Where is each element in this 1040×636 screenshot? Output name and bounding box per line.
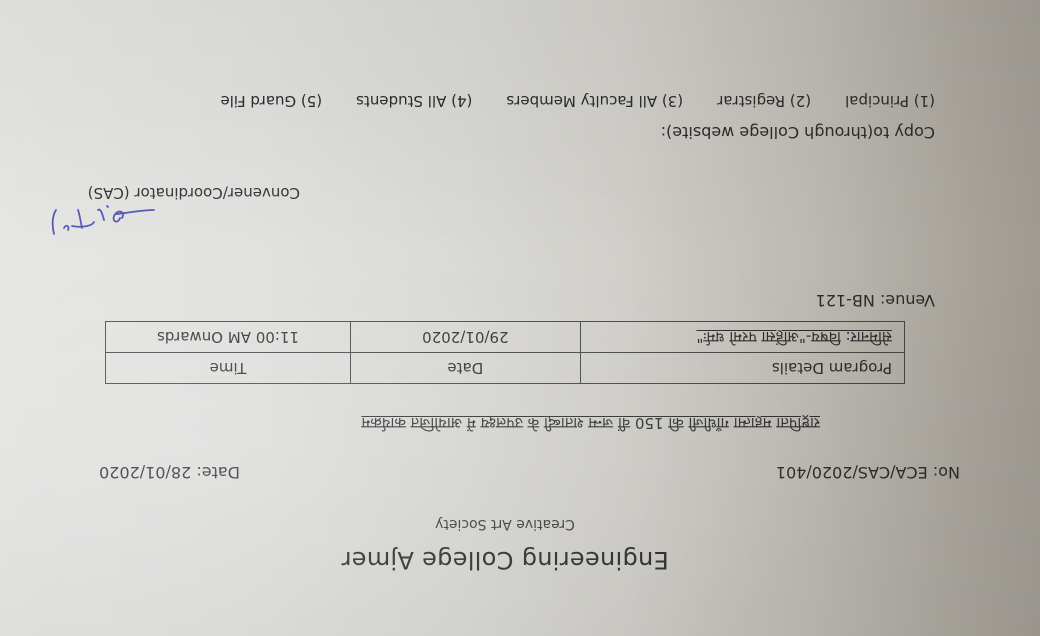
copy-to-label: Copy to(through College website): [661,123,935,142]
cell-date: 29/01/2020 [351,322,581,353]
header-program-details: Program Details [580,353,904,384]
cell-program-details: सेमिनार: विषय-"अहिंसा परमो धर्मः" [580,322,904,353]
recipient-list: (1) Principal (2) Registrar (3) All Facu… [220,92,935,110]
recipient-students: (4) All Students [356,92,472,110]
header-date: Date [351,353,581,384]
table-row: सेमिनार: विषय-"अहिंसा परमो धर्मः" 29/01/… [106,322,905,353]
program-heading: राष्ट्रपिता महात्मा गाँधीजी की 150 वीं ज… [361,413,820,433]
venue: Venue: NB-121 [816,291,935,310]
reference-number: No: ECA/CAS/2020/401 [776,463,960,482]
institution-title: Engineering College Ajmer [0,546,1040,574]
program-table: Program Details Date Time सेमिनार: विषय-… [105,321,905,384]
recipient-registrar: (2) Registrar [717,92,811,110]
recipient-principal: (1) Principal [845,92,935,110]
signatory-title: Convener/Coordinator (CAS) [88,184,300,202]
society-name: Creative Art Society [0,516,1040,532]
document-photo: Engineering College Ajmer Creative Art S… [0,0,1040,636]
notice-document: Engineering College Ajmer Creative Art S… [0,0,1040,636]
table-header-row: Program Details Date Time [106,353,905,384]
recipient-guard-file: (5) Guard File [220,92,322,110]
signature-icon [42,200,162,240]
recipient-faculty: (3) All Faculty Members [506,92,683,110]
header-time: Time [106,353,351,384]
notice-date: Date: 28/01/2020 [99,463,240,482]
cell-time: 11:00 AM Onwards [106,322,351,353]
